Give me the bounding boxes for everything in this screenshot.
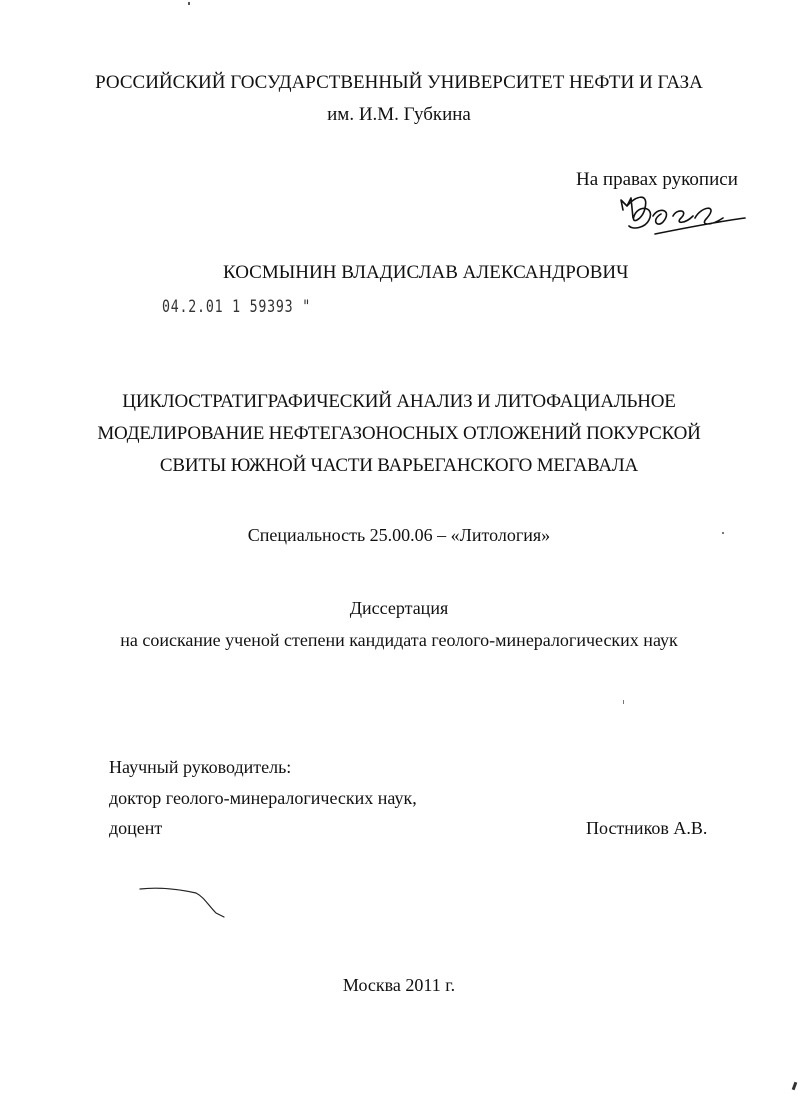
title-line: МОДЕЛИРОВАНИЕ НЕФТЕГАЗОНОСНЫХ ОТЛОЖЕНИЙ … <box>0 418 798 450</box>
dissertation-title: ЦИКЛОСТРАТИГРАФИЧЕСКИЙ АНАЛИЗ И ЛИТОФАЦИ… <box>0 386 798 482</box>
supervisor-signature-stroke-icon <box>138 885 238 925</box>
specialty: Специальность 25.00.06 – «Литология» <box>0 525 798 546</box>
registration-stamp: 04.2.01 1 59393 " <box>162 297 311 317</box>
degree-line: на соискание ученой степени кандидата ге… <box>0 630 798 651</box>
city-year: Москва 2011 г. <box>0 975 798 996</box>
scan-speck <box>722 532 724 534</box>
manuscript-note: На правах рукописи <box>576 169 738 191</box>
scan-speck <box>792 1082 798 1091</box>
institution-name: им. И.М. Губкина <box>0 104 798 126</box>
supervisor-name: Постников А.В. <box>586 818 707 839</box>
author-signature-icon <box>615 192 765 242</box>
supervisor-label: Научный руководитель: <box>109 757 291 778</box>
supervisor-degree: доктор геолого-минералогических наук, <box>109 788 417 809</box>
document-type: Диссертация <box>0 598 798 619</box>
supervisor-rank: доцент <box>109 818 162 839</box>
title-line: СВИТЫ ЮЖНОЙ ЧАСТИ ВАРЬЕГАНСКОГО МЕГАВАЛА <box>0 450 798 482</box>
title-line: ЦИКЛОСТРАТИГРАФИЧЕСКИЙ АНАЛИЗ И ЛИТОФАЦИ… <box>0 386 798 418</box>
scan-speck <box>623 700 624 704</box>
institution-heading: РОССИЙСКИЙ ГОСУДАРСТВЕННЫЙ УНИВЕРСИТЕТ Н… <box>0 72 798 94</box>
author-name: КОСМЫНИН ВЛАДИСЛАВ АЛЕКСАНДРОВИЧ <box>223 262 628 284</box>
scan-speck <box>188 2 190 5</box>
